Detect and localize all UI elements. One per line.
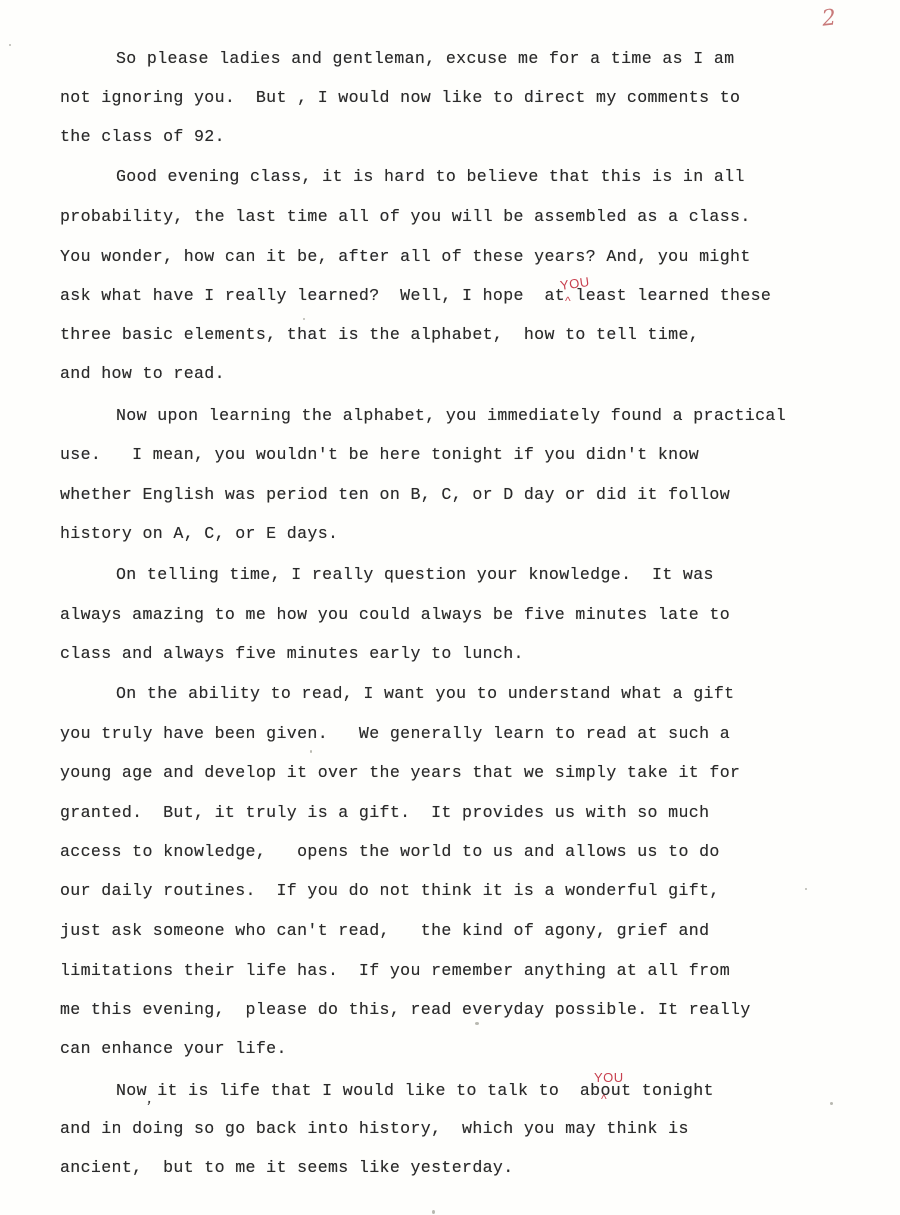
text-line: the class of 92. bbox=[60, 127, 225, 147]
text-line: class and always five minutes early to l… bbox=[60, 644, 524, 664]
paper-speck bbox=[9, 44, 11, 46]
text-line: So please ladies and gentleman, excuse m… bbox=[116, 49, 734, 69]
text-line: always amazing to me how you could alway… bbox=[60, 605, 730, 625]
text-line: and how to read. bbox=[60, 364, 225, 384]
text-line: just ask someone who can't read, the kin… bbox=[60, 921, 709, 941]
paper-speck bbox=[475, 1022, 479, 1025]
insertion-caret-icon: ^ bbox=[565, 295, 571, 307]
paper-speck bbox=[805, 888, 807, 890]
text-line: me this evening, please do this, read ev… bbox=[60, 1000, 751, 1020]
paper-speck bbox=[830, 1102, 833, 1105]
text-line: On the ability to read, I want you to un… bbox=[116, 684, 734, 704]
text-line: ancient, but to me it seems like yesterd… bbox=[60, 1158, 514, 1178]
text-line: not ignoring you. But , I would now like… bbox=[60, 88, 740, 108]
insertion-caret-icon: ^ bbox=[601, 1093, 607, 1105]
handwritten-insertion: YOU bbox=[594, 1071, 624, 1084]
text-line: Now it is life that I would like to talk… bbox=[116, 1081, 714, 1101]
text-line: limitations their life has. If you remem… bbox=[60, 961, 730, 981]
paper-speck bbox=[310, 750, 312, 753]
text-line: our daily routines. If you do not think … bbox=[60, 881, 720, 901]
text-line: whether English was period ten on B, C, … bbox=[60, 485, 730, 505]
document-page: 2 So please ladies and gentleman, excuse… bbox=[0, 0, 900, 1215]
text-line: You wonder, how can it be, after all of … bbox=[60, 247, 751, 267]
paper-speck bbox=[303, 318, 305, 320]
text-line: use. I mean, you wouldn't be here tonigh… bbox=[60, 445, 699, 465]
text-line: you truly have been given. We generally … bbox=[60, 724, 730, 744]
text-line: Now upon learning the alphabet, you imme… bbox=[116, 406, 786, 426]
text-line: access to knowledge, opens the world to … bbox=[60, 842, 720, 862]
paper-speck bbox=[432, 1210, 435, 1214]
text-line: probability, the last time all of you wi… bbox=[60, 207, 751, 227]
text-line: ask what have I really learned? Well, I … bbox=[60, 286, 771, 306]
page-number: 2 bbox=[821, 5, 838, 31]
text-line: granted. But, it truly is a gift. It pro… bbox=[60, 803, 709, 823]
text-line: young age and develop it over the years … bbox=[60, 763, 740, 783]
text-line: can enhance your life. bbox=[60, 1039, 287, 1059]
text-line: On telling time, I really question your … bbox=[116, 565, 714, 585]
text-line: three basic elements, that is the alphab… bbox=[60, 325, 699, 345]
text-line: Good evening class, it is hard to believ… bbox=[116, 167, 745, 187]
text-line: and in doing so go back into history, wh… bbox=[60, 1119, 689, 1139]
handwritten-insertion: YOU bbox=[559, 275, 590, 292]
text-line: history on A, C, or E days. bbox=[60, 524, 338, 544]
